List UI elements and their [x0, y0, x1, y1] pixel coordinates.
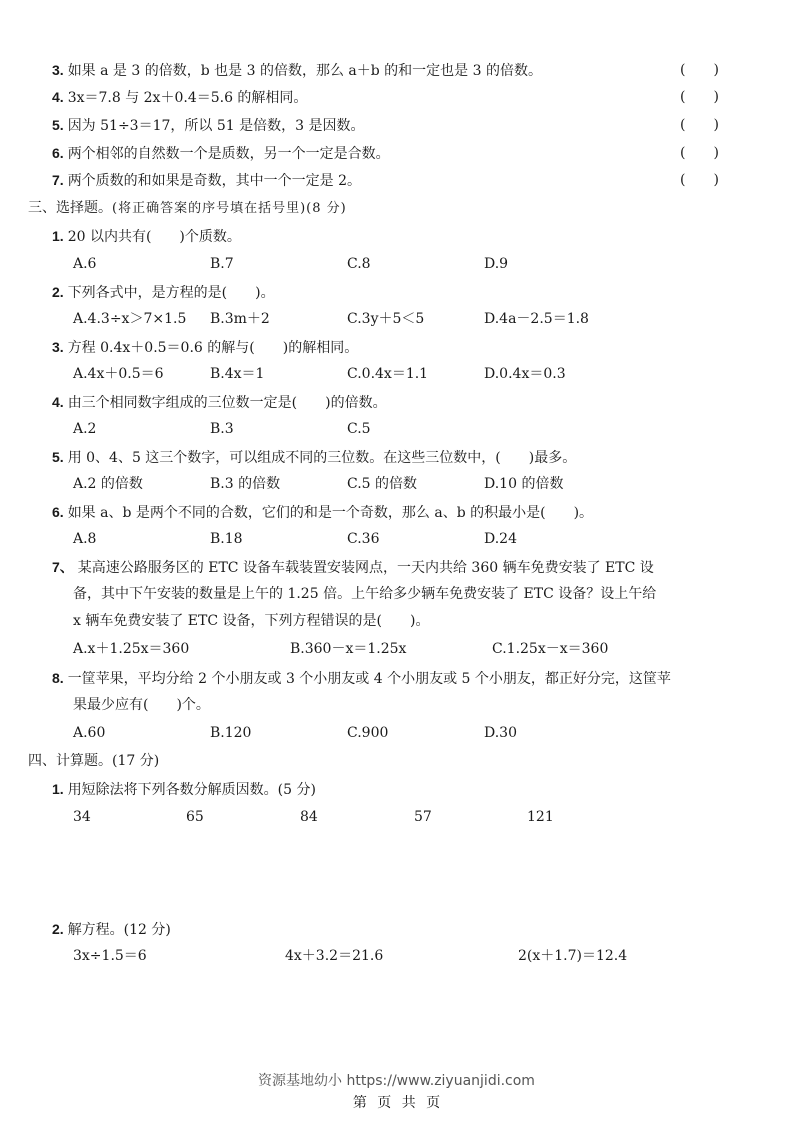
item-text: 因为 51÷3＝17，所以 51 是倍数，3 是因数。 [68, 118, 365, 134]
question-number: 3. [52, 339, 64, 355]
calc-question-1: 1.用短除法将下列各数分解质因数。(5 分) [52, 779, 316, 800]
factor-number: 84 [300, 807, 318, 827]
section-heading-choice: 三、选择题。(将正确答案的序号填在括号里)(8 分) [28, 198, 347, 219]
choice-question-3: 3.方程 0.4x＋0.5＝0.6 的解与( )的解相同。 [52, 337, 358, 358]
choice-question-1: 1.20 以内共有( )个质数。 [52, 226, 241, 247]
equation: 4x＋3.2＝21.6 [285, 946, 383, 966]
footer-watermark: 资源基地幼小 https://www.ziyuanjidi.com [0, 1070, 793, 1090]
factor-number: 57 [414, 807, 432, 827]
question-number: 1. [52, 781, 64, 797]
option-b: B.3 的倍数 [210, 474, 280, 494]
option-c: C.36 [347, 529, 379, 549]
factor-number: 121 [527, 807, 554, 827]
item-number: 5. [52, 117, 64, 133]
equation: 2(x＋1.7)＝12.4 [518, 946, 627, 966]
answer-blank[interactable]: ( ) [680, 115, 719, 135]
item-number: 7. [52, 172, 64, 188]
question-number: 2. [52, 284, 64, 300]
question-text: 用 0、4、5 这三个数字，可以组成不同的三位数。在这些三位数中，( )最多。 [68, 450, 577, 466]
answer-blank[interactable]: ( ) [680, 60, 719, 80]
item-number: 4. [52, 89, 64, 105]
option-a: A.60 [73, 723, 105, 743]
option-b: B.360－x＝1.25x [290, 639, 406, 659]
answer-blank[interactable]: ( ) [680, 87, 719, 107]
option-d: D.4a－2.5＝1.8 [484, 309, 589, 329]
calc-question-2: 2.解方程。(12 分) [52, 919, 171, 940]
option-c: C.5 [347, 419, 371, 439]
item-number: 6. [52, 145, 64, 161]
option-c: C.1.25x－x＝360 [492, 639, 608, 659]
question-text: 用短除法将下列各数分解质因数。(5 分) [68, 782, 316, 798]
question-number: 8. [52, 670, 64, 686]
question-text: 由三个相同数字组成的三位数一定是( )的倍数。 [68, 395, 387, 411]
question-text-continued: x 辆车免费安装了 ETC 设备，下列方程错误的是( )。 [73, 611, 429, 631]
option-a: A.8 [73, 529, 96, 549]
option-a: A.2 的倍数 [73, 474, 143, 494]
question-text-continued: 备，其中下午安装的数量是上午的 1.25 倍。上午给多少辆车免费安装了 ETC … [73, 584, 656, 604]
option-c: C.900 [347, 723, 388, 743]
question-text-continued: 果最少应有( )个。 [73, 695, 210, 715]
option-a: A.6 [73, 254, 96, 274]
section-title: 四、计算题。 [28, 753, 112, 769]
equation: 3x÷1.5＝6 [73, 946, 147, 966]
choice-question-6: 6.如果 a、b 是两个不同的合数，它们的和是一个奇数，那么 a、b 的积最小是… [52, 502, 593, 523]
option-c: C.8 [347, 254, 371, 274]
item-text: 两个相邻的自然数一个是质数，另一个一定是合数。 [68, 146, 390, 162]
question-number: 1. [52, 228, 64, 244]
option-d: D.30 [484, 723, 517, 743]
option-a: A.2 [73, 419, 96, 439]
section-heading-calc: 四、计算题。(17 分) [28, 751, 159, 771]
question-text: 解方程。(12 分) [68, 922, 171, 938]
option-c: C.0.4x＝1.1 [347, 364, 428, 384]
option-b: B.18 [210, 529, 243, 549]
question-number: 5. [52, 449, 64, 465]
item-text: 如果 a 是 3 的倍数，b 也是 3 的倍数，那么 a＋b 的和一定也是 3 … [68, 63, 542, 79]
choice-question-2: 2.下列各式中，是方程的是( )。 [52, 282, 275, 303]
section-note: (将正确答案的序号填在括号里)(8 分) [112, 201, 347, 216]
option-d: D.0.4x＝0.3 [484, 364, 566, 384]
question-text: 20 以内共有( )个质数。 [68, 229, 241, 245]
option-a: A.4.3÷x＞7×1.5 [73, 309, 186, 329]
option-b: B.4x＝1 [210, 364, 264, 384]
option-b: B.7 [210, 254, 234, 274]
option-c: C.3y＋5＜5 [347, 309, 424, 329]
choice-question-4: 4.由三个相同数字组成的三位数一定是( )的倍数。 [52, 392, 387, 413]
answer-blank[interactable]: ( ) [680, 143, 719, 163]
item-number: 3. [52, 62, 64, 78]
option-a: A.4x＋0.5＝6 [73, 364, 164, 384]
option-c: C.5 的倍数 [347, 474, 417, 494]
item-text: 3x＝7.8 与 2x＋0.4＝5.6 的解相同。 [68, 90, 308, 106]
option-d: D.9 [484, 254, 508, 274]
page-number: 第 页 共 页 [0, 1092, 793, 1112]
question-number: 4. [52, 394, 64, 410]
option-b: B.120 [210, 723, 251, 743]
question-text: 某高速公路服务区的 ETC 设备车载装置安装网点，一天内共给 360 辆车免费安… [78, 560, 654, 576]
option-d: D.24 [484, 529, 517, 549]
choice-question-7: 7、某高速公路服务区的 ETC 设备车载装置安装网点，一天内共给 360 辆车免… [52, 557, 654, 578]
option-d: D.10 的倍数 [484, 474, 563, 494]
question-text: 方程 0.4x＋0.5＝0.6 的解与( )的解相同。 [68, 340, 359, 356]
choice-question-5: 5.用 0、4、5 这三个数字，可以组成不同的三位数。在这些三位数中，( )最多… [52, 447, 576, 468]
answer-blank[interactable]: ( ) [680, 170, 719, 190]
question-number: 6. [52, 504, 64, 520]
factor-number: 65 [186, 807, 204, 827]
option-b: B.3 [210, 419, 234, 439]
question-text: 如果 a、b 是两个不同的合数，它们的和是一个奇数，那么 a、b 的积最小是( … [68, 505, 593, 521]
question-text: 一筐苹果，平均分给 2 个小朋友或 3 个小朋友或 4 个小朋友或 5 个小朋友… [68, 671, 671, 687]
option-b: B.3m＋2 [210, 309, 270, 329]
option-a: A.x＋1.25x＝360 [73, 639, 189, 659]
section-note: (17 分) [112, 753, 159, 769]
item-text: 两个质数的和如果是奇数，其中一个一定是 2。 [68, 173, 361, 189]
section-title: 三、选择题。 [28, 200, 112, 216]
choice-question-8: 8.一筐苹果，平均分给 2 个小朋友或 3 个小朋友或 4 个小朋友或 5 个小… [52, 668, 671, 689]
question-number: 7、 [52, 559, 74, 575]
question-text: 下列各式中，是方程的是( )。 [68, 285, 275, 301]
question-number: 2. [52, 921, 64, 937]
factor-number: 34 [73, 807, 91, 827]
